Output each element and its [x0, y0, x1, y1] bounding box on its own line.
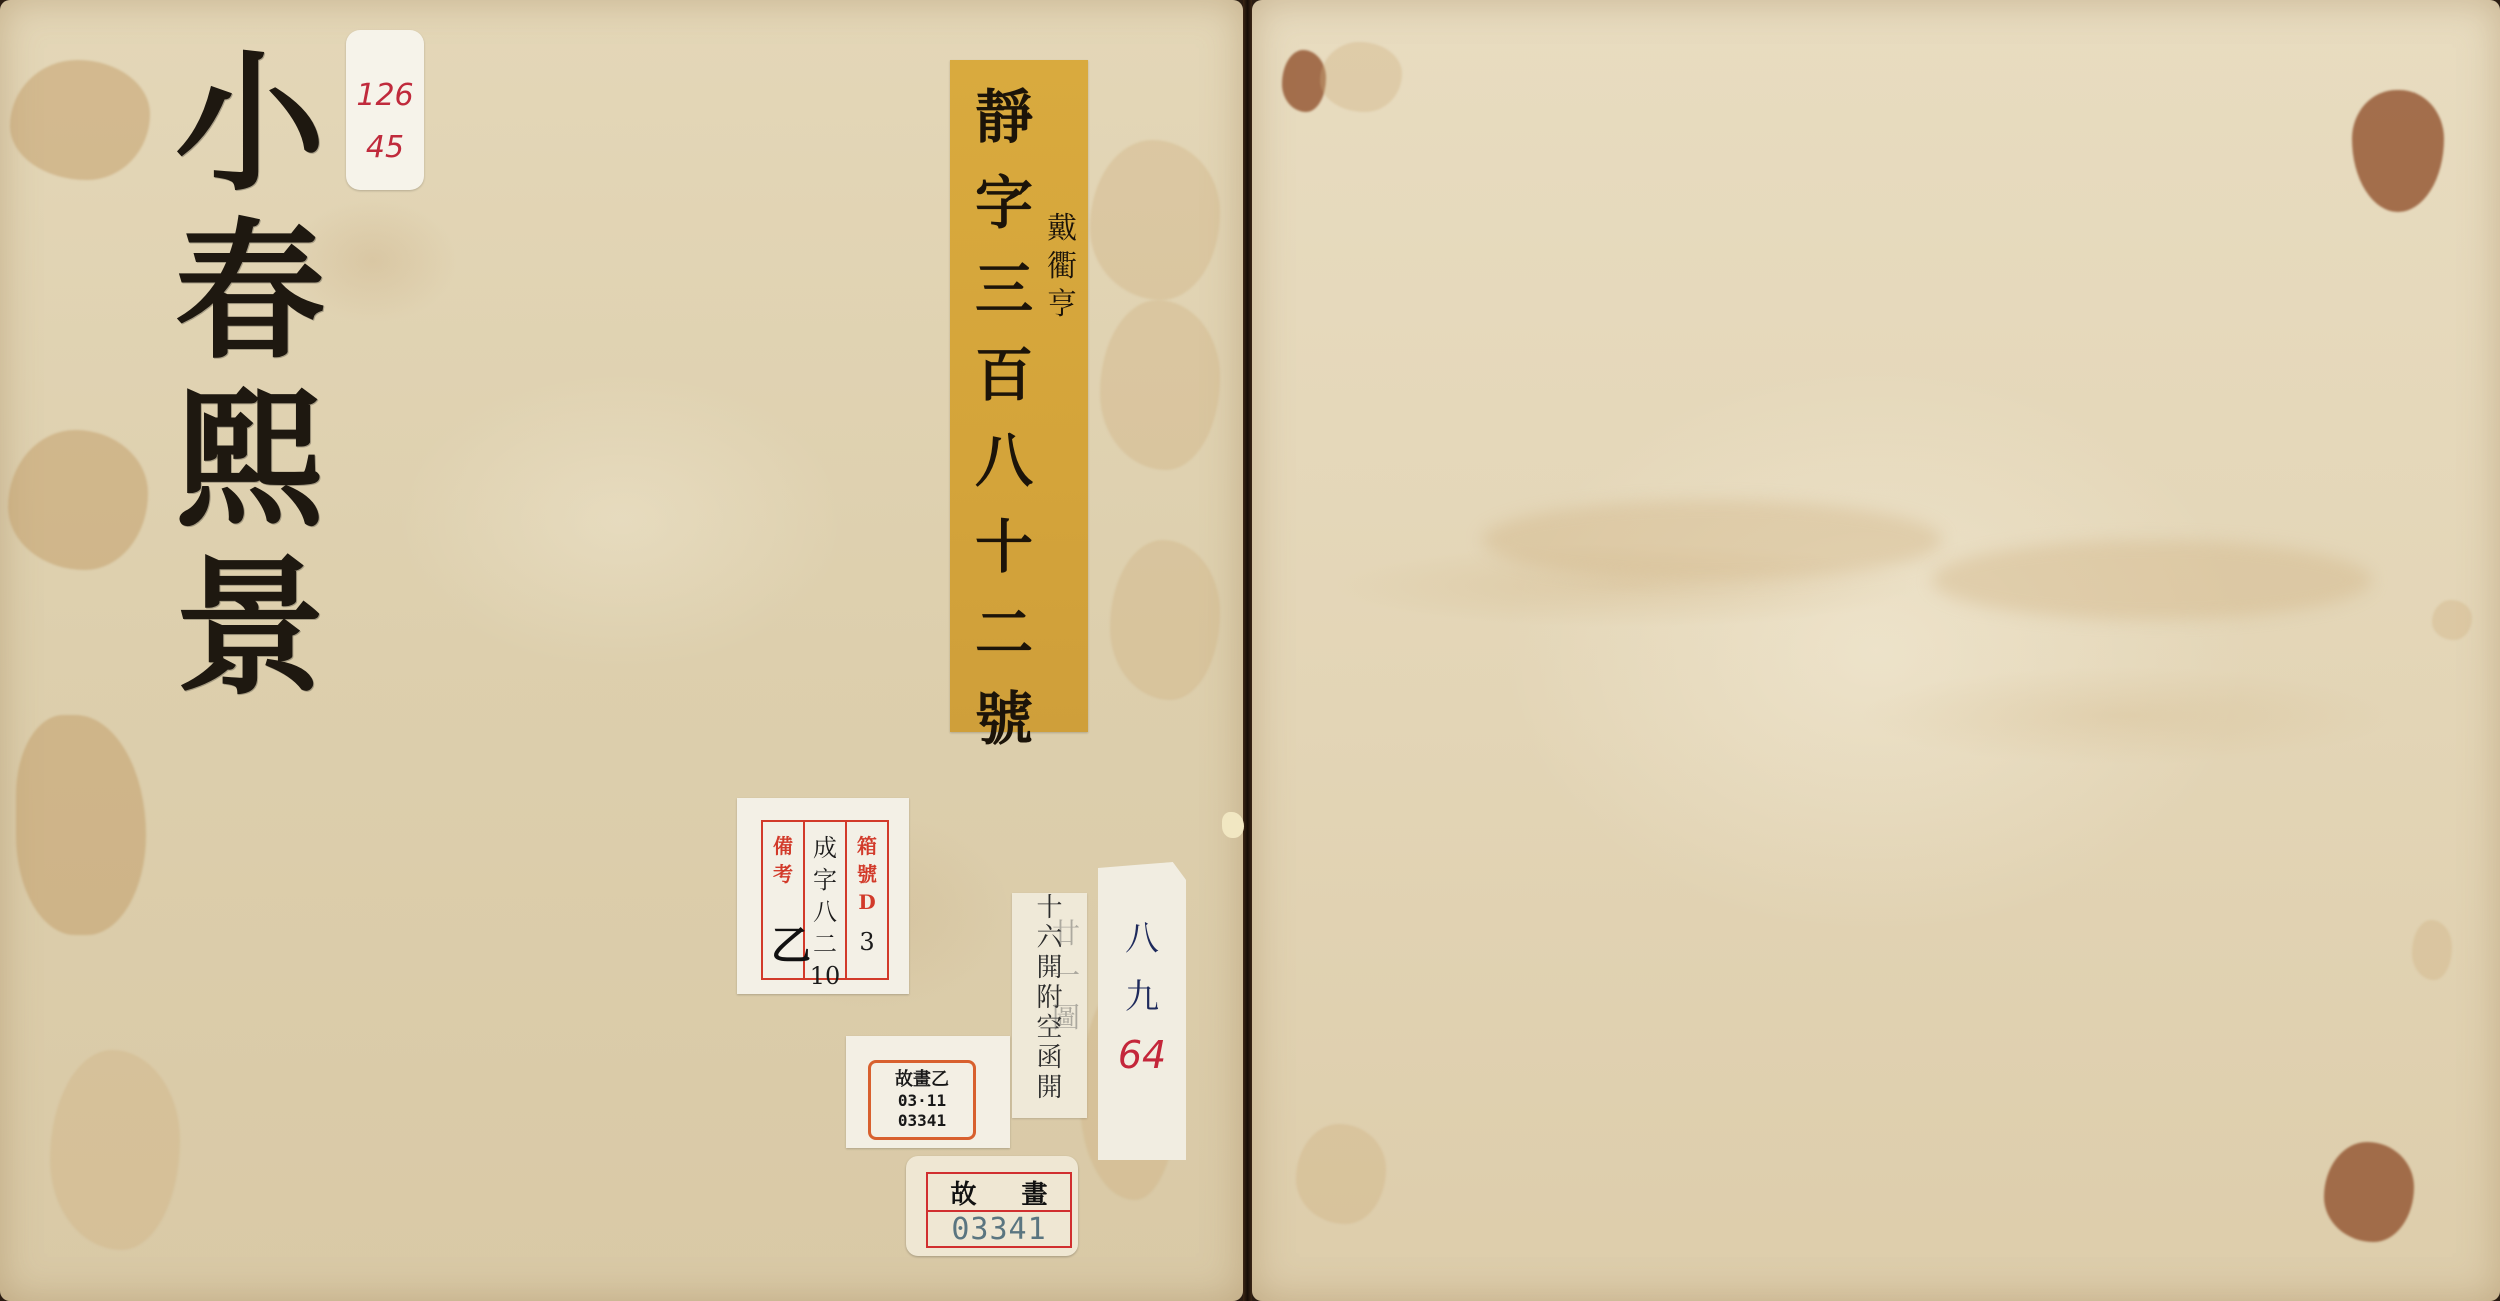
- inventory-number-label: 126 45: [346, 30, 424, 190]
- slip-char: 八: [975, 418, 1033, 504]
- stamp-line1: 故畫乙: [895, 1069, 949, 1091]
- handwritten-char: 成: [813, 832, 837, 864]
- stain: [1296, 1124, 1386, 1224]
- side-char: 衢: [1047, 248, 1077, 286]
- stain: [1932, 540, 2372, 620]
- inventory-number-line1: 126: [346, 70, 424, 122]
- title-char: 熙: [175, 376, 325, 544]
- box-header-letter: D: [858, 888, 875, 916]
- album-title: 小 春 熙 景: [140, 40, 360, 712]
- stain: [1090, 140, 1220, 300]
- side-char: 戴: [1047, 210, 1077, 248]
- museum-stamp-label: 故畫乙 03·11 03341: [846, 1036, 1010, 1148]
- side-char: 亨: [1047, 286, 1077, 324]
- collection-number-label: 故 畫 03341: [906, 1156, 1078, 1256]
- remarks-header-char: 備: [773, 832, 793, 860]
- stain: [10, 60, 150, 180]
- note-char: 開: [1036, 1073, 1062, 1103]
- box-header-char: 箱: [857, 832, 877, 860]
- slip-char: 號: [975, 676, 1033, 762]
- back-cover-board: [1252, 0, 2500, 1301]
- spine-gap: [1243, 0, 1252, 1301]
- handwritten-char: 八: [813, 896, 837, 928]
- stain: [2432, 600, 2472, 640]
- box-number-column: 箱 號 D 3: [847, 822, 887, 978]
- stain: [16, 715, 146, 935]
- stain-dark: [2352, 90, 2444, 212]
- handwritten-char: 二: [813, 928, 837, 960]
- title-char: 景: [175, 544, 325, 712]
- title-char: 小: [175, 40, 325, 208]
- red-seal-stamp: 故畫乙 03·11 03341: [868, 1060, 976, 1140]
- slip-char: 百: [975, 332, 1033, 418]
- inventory-number-line2: 45: [346, 122, 424, 174]
- pencil-ghost-text: 廿 一 圖: [1052, 913, 1080, 1039]
- stain: [1110, 540, 1220, 700]
- album-cover-spread: 小 春 熙 景 126 45 靜 字 三 百 八 十 二 號 戴 衢: [0, 0, 2500, 1301]
- collection-number: 03341: [928, 1212, 1070, 1247]
- box-number-label: 備 考 成 字 八 二 10 箱 號 D 3 乙: [737, 798, 909, 994]
- catalog-slip-main-text: 靜 字 三 百 八 十 二 號: [968, 74, 1040, 762]
- remarks-header-char: 考: [773, 860, 793, 888]
- stamp-line2: 03·11: [898, 1091, 946, 1111]
- collection-label-header: 故 畫: [928, 1174, 1070, 1212]
- paper-chip: [1222, 812, 1244, 838]
- box-number-value: 3: [859, 926, 874, 958]
- stain: [50, 1050, 180, 1250]
- header-char: 畫: [1021, 1174, 1047, 1211]
- ghost-char: 圖: [1052, 997, 1080, 1039]
- front-cover-board: 小 春 熙 景 126 45 靜 字 三 百 八 十 二 號 戴 衢: [0, 0, 1243, 1301]
- slip-char: 靜: [975, 74, 1033, 160]
- note-char: 函: [1036, 1043, 1062, 1073]
- collection-label-frame: 故 畫 03341: [926, 1172, 1072, 1248]
- tall-number-slip: 八 九 64: [1098, 862, 1186, 1160]
- slip-char: 二: [975, 590, 1033, 676]
- middle-column: 成 字 八 二 10: [805, 822, 847, 978]
- catalog-slip-side-note: 戴 衢 亨: [1042, 210, 1082, 324]
- stain: [1320, 42, 1402, 112]
- pencil-note-slip: 十 六 開 附 空 函 開 廿 一 圖: [1012, 893, 1087, 1118]
- slip-char: 三: [975, 246, 1033, 332]
- stain: [1482, 500, 1942, 580]
- blue-ink-char: 八: [1125, 910, 1159, 968]
- title-char: 春: [175, 208, 325, 376]
- slip-char: 字: [975, 160, 1033, 246]
- stain: [1100, 300, 1220, 470]
- remark-value: 乙: [771, 914, 811, 971]
- ghost-char: 一: [1052, 955, 1080, 997]
- ghost-char: 廿: [1052, 913, 1080, 955]
- catalog-slip-yellow: 靜 字 三 百 八 十 二 號 戴 衢 亨: [950, 60, 1088, 732]
- stain: [8, 430, 148, 570]
- stain: [2412, 920, 2452, 980]
- handwritten-char: 字: [813, 864, 837, 896]
- box-header-char: 號: [857, 860, 877, 888]
- red-ink-number: 64: [1118, 1026, 1166, 1084]
- stamp-line3: 03341: [898, 1111, 946, 1131]
- blue-ink-char: 九: [1125, 968, 1159, 1026]
- header-char: 故: [950, 1174, 976, 1211]
- handwritten-number: 10: [810, 960, 841, 992]
- stain-dark: [2324, 1142, 2414, 1242]
- slip-char: 十: [975, 504, 1033, 590]
